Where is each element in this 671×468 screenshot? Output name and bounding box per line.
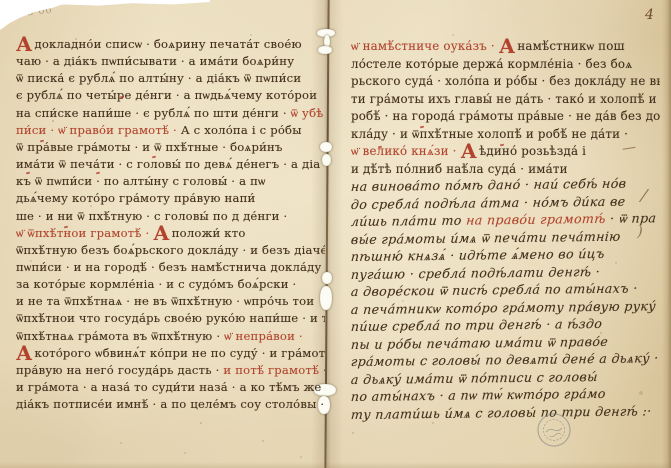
ink-segment: · (319, 363, 325, 377)
ink-segment: положи́ кто (172, 226, 246, 240)
right-page: ѡ̈ намѣ́стниче оука́зъ · Анамѣ́стникѡ по… (351, 0, 663, 468)
ink-segment: вы́е гра́моты и́мѧ ѿ печа́ти печа́тнію (350, 228, 621, 246)
rubric-segment: ѡ̈ намѣ́стниче оука́зъ · (351, 39, 499, 53)
ink-segment: за кото́рыє кормле́ніа · и с судо́мъ боѧ… (16, 277, 296, 291)
ink-segment: и гра́мота · а наза́ то суди́ти наза́ · … (16, 380, 322, 394)
rubric-segment: А (499, 38, 516, 55)
text-line: Адокладно́и списѡ · боѧрину печата́т сво… (16, 36, 302, 53)
ink-segment: на винова́то по́мѣ дано́ · наи́ себѣ́ но… (350, 176, 627, 194)
text-line: чаю · а діа́къ пѡпи́сывати · а има́ти бо… (16, 53, 294, 70)
ink-segment: ѿпхѣ́тную безъ боѧ́рьского докла́ду · и … (16, 243, 325, 257)
margin-flourish-paren: ) (637, 222, 643, 240)
ink-segment: ѿпхѣ́тнаѧ гра́мота въ ѿпхѣ́тную · (16, 329, 224, 343)
text-line: ѡ̈ намѣ́стниче оука́зъ · Анамѣ́стникѡ по… (351, 38, 625, 55)
page-right-edge (662, 0, 671, 468)
rubric-segment: А (16, 36, 33, 53)
text-line: ѿпхѣ́тную безъ боѧ́рьского докла́ду · и … (16, 242, 325, 259)
rubric-segment: ѡ̈ велико́ кнѧ́зи · (351, 144, 461, 158)
text-line: ло́стеле кото́рые держа́ кормле́ніа · бе… (351, 56, 632, 73)
ink-segment: пѣшню́ кнѧзѧ́ · идѣ́те ѧ́мено во и́цъ (350, 246, 605, 264)
text-line: а дворе́скои ѿ писѣ́ сребла́ по аты́нахъ… (350, 280, 638, 300)
ink-segment: чаю · а діа́къ пѡпи́сывати · а има́ти бо… (16, 54, 294, 68)
text-line: на винова́то по́мѣ дано́ · наи́ себѣ́ но… (350, 175, 627, 195)
rubric-segment: пи́си · ѡ̈ право́и грамотѣ́ · (16, 123, 181, 137)
ink-segment: кото́рого ѡбвинѧ́т ко́при не по суду́ · … (35, 346, 326, 360)
text-line: робѣ́ · на города́ гра́моты пра́вые · не… (351, 108, 660, 125)
page-number: 4 (645, 7, 654, 23)
text-line: и гра́мота · а наза́ то суди́ти наза́ · … (16, 379, 322, 396)
rubric-segment: А (16, 345, 33, 362)
ink-segment: ше · и ни ѿ пхѣ́тную · с головы́ по д де… (16, 209, 287, 223)
ink-segment: а дьѧку́ има́ти ѿ по́тписи с головы́ (350, 368, 598, 386)
page-bottom-edge (0, 462, 671, 468)
ink-segment: ѿ пра́вые гра́моты · и ѿ пхѣ́тные · боѧр… (16, 140, 283, 154)
text-line: ѡ̈ велико́ кнѧ́зи · Аѣдино́ розьѣзда́ і (351, 143, 586, 160)
sewing-thread (322, 272, 332, 284)
ink-segment: пѡпи́си · и на городѣ́ · безъ намѣ́стнич… (16, 260, 321, 274)
text-line: ѡ̈ ѿпхѣ́тнои грамотѣ́ · Аположи́ кто (16, 225, 246, 242)
text-line: дьѧ́чему кото́ро гра́моту пра́вую напи́ (16, 190, 255, 207)
ink-segment: има́ти ѿ печа́ти · с головы́ по девѧ́ де… (16, 157, 320, 171)
text-line: има́ти ѿ печа́ти · с головы́ по девѧ́ де… (16, 156, 320, 173)
text-line: ти гра́моты ихъ главы́ не да́ть · тако́ … (351, 91, 657, 108)
ink-segment: пы и ро́бы печа́таю има́ти ѿ право́е (350, 333, 608, 351)
ink-segment: намѣ́стникѡ пош (517, 39, 624, 53)
sewing-thread (322, 154, 331, 166)
ink-segment: ѿ писка́ є рублѧ́ по алты́ну · а діа́къ … (16, 71, 301, 85)
text-line: Акото́рого ѡбвинѧ́т ко́при не по суду́ ·… (16, 345, 325, 362)
text-line: рьского суда́ · холо́па и ро́бы · без до… (351, 73, 660, 90)
text-line: за кото́рыє кормле́ніа · и с судо́мъ боѧ… (16, 276, 296, 293)
ink-segment: пуга́шю · сребла́ подѣ́лати денгѣ́ · (350, 263, 600, 281)
text-line: кла́ду · и ѿпхѣ́тные холопѣ́ и робѣ́ не … (351, 126, 628, 143)
ink-segment: ту плати́шь и́мѧ с головы́ по три денгѣ́… (350, 403, 652, 422)
rubric-segment: ѡ̈ ѿпхѣ́тнои грамотѣ́ · (16, 226, 153, 240)
ink-segment: робѣ́ · на города́ гра́моты пра́вые · не… (351, 109, 660, 123)
text-line: на спи́ске напи́ше · є рублѧ́ по шти де́… (16, 105, 323, 122)
text-line: къ ѿ пѡпи́си · по алты́ну с головы́ · а … (16, 173, 266, 190)
ink-segment: пи́ше сребла́ по три денгѣ́ · а ѣ́здо (350, 316, 602, 334)
text-line: є рублѧ́ по четы́ре де́нги · а пѡдьѧ́чем… (16, 87, 317, 104)
ink-specks (0, 0, 2, 2)
rubric-segment: ѡ̈ непра́вои · (224, 329, 303, 343)
text-line: пѣшню́ кнѧзѧ́ · идѣ́те ѧ́мено во и́цъ (350, 245, 605, 265)
ink-segment: и не та ѿпхѣ́тнаѧ · не въ ѿпхѣ́тную · ѡп… (16, 294, 314, 308)
ink-segment: а печа́тникѡ кото́ро гра́моту пра́вую ру… (350, 298, 656, 317)
text-line: ѿпхѣ́тнаѧ гра́мота въ ѿпхѣ́тную · ѡ̈ неп… (16, 328, 303, 345)
rubric-segment: А (153, 225, 170, 242)
ink-segment: гра́моты с головы́ по девѧти́ дене́ а дь… (350, 350, 659, 369)
ink-segment: и дѣ́тѣ по́лниб наѣ́ла суда́ · има́ти (351, 162, 568, 176)
ink-segment: рьского суда́ · холо́па и ро́бы · без до… (351, 74, 660, 88)
text-line: діа́къ потписе́и имнѣ́ · а по целе́мъ со… (16, 396, 324, 413)
text-line: а печа́тникѡ кото́ро гра́моту пра́вую ру… (350, 297, 656, 318)
text-line: ше · и ни ѿ пхѣ́тную · с головы́ по д де… (16, 208, 287, 225)
ink-segment: а дворе́скои ѿ писѣ́ сребла́ по аты́нахъ… (350, 281, 638, 299)
ink-segment: по аты́нахъ · а пѡ тѡ́ кѡто́ро гра́мо (350, 386, 606, 404)
ink-segment: ти гра́моты ихъ главы́ не да́ть · тако́ … (351, 92, 657, 106)
ink-segment: · ѿ пра (605, 210, 657, 226)
ink-segment: докладно́и списѡ · боѧрину печата́т свое… (35, 37, 302, 51)
text-line: пѡпи́си · и на городѣ́ · безъ намѣ́стнич… (16, 259, 321, 276)
ink-segment: до сребла́ подѣ́ла а́тма · но́мъ ди́ка в… (350, 193, 626, 211)
text-line: ѿ писка́ є рублѧ́ по алты́ну · а діа́къ … (16, 70, 301, 87)
ink-segment: ли́шь пла́ти то (350, 213, 466, 229)
ink-segment: А с холо́па і с ро́бы (181, 123, 302, 137)
text-line: пи́ше сребла́ по три денгѣ́ · а ѣ́здо (350, 315, 603, 335)
ink-segment: дьѧ́чему кото́ро гра́моту пра́вую напи́ (16, 191, 255, 205)
ink-segment: є рублѧ́ по четы́ре де́нги · а пѡдьѧ́чем… (16, 88, 317, 102)
rubric-segment: и потѣ́ грамотѣ́ (223, 363, 319, 377)
margin-flourish-dash: — (621, 139, 637, 157)
ink-segment: ѣдино́ розьѣзда́ і (479, 144, 586, 158)
text-line: ту плати́шь и́мѧ с головы́ по три денгѣ́… (350, 402, 652, 423)
ink-segment: пра́вую на него́ госуда́рь дасть · (16, 363, 223, 377)
rubric-segment: ѿ убѣ (291, 106, 324, 120)
manuscript-spread: Адокладно́и списѡ · боѧрину печата́т сво… (0, 0, 671, 468)
rubric-segment: А (461, 143, 478, 160)
ink-segment: кла́ду · и ѿпхѣ́тные холопѣ́ и робѣ́ не … (351, 127, 628, 141)
rubric-segment: на право́и грамотѣ́ (466, 211, 607, 228)
text-line: гра́моты с головы́ по девѧти́ дене́ а дь… (350, 349, 659, 370)
ink-segment: на спи́ске напи́ше · є рублѧ́ по шти де́… (16, 106, 291, 120)
text-line: ѿ пра́вые гра́моты · и ѿ пхѣ́тные · боѧр… (16, 139, 283, 156)
text-line: ѿпхѣ́тнои что госуда́рь свое́ю руко́ю на… (16, 310, 325, 327)
text-line: пи́си · ѡ̈ право́и грамотѣ́ · А с холо́п… (16, 122, 302, 139)
ink-segment: діа́къ потписе́и имнѣ́ · а по целе́мъ со… (16, 397, 324, 411)
ink-segment: ѿпхѣ́тнои что госуда́рь свое́ю руко́ю на… (16, 311, 325, 325)
text-line: и не та ѿпхѣ́тнаѧ · не въ ѿпхѣ́тную · ѡп… (16, 293, 314, 310)
ink-segment: къ ѿ пѡпи́си · по алты́ну с головы́ · а … (16, 174, 266, 188)
text-line: пра́вую на него́ госуда́рь дасть · и пот… (16, 362, 325, 379)
text-line: по аты́нахъ · а пѡ тѡ́ кѡто́ро гра́мо (350, 385, 606, 405)
ink-segment: ло́стеле кото́рые держа́ кормле́ніа · бе… (351, 57, 632, 71)
left-page: Адокладно́и списѡ · боѧрину печата́т сво… (16, 0, 322, 468)
